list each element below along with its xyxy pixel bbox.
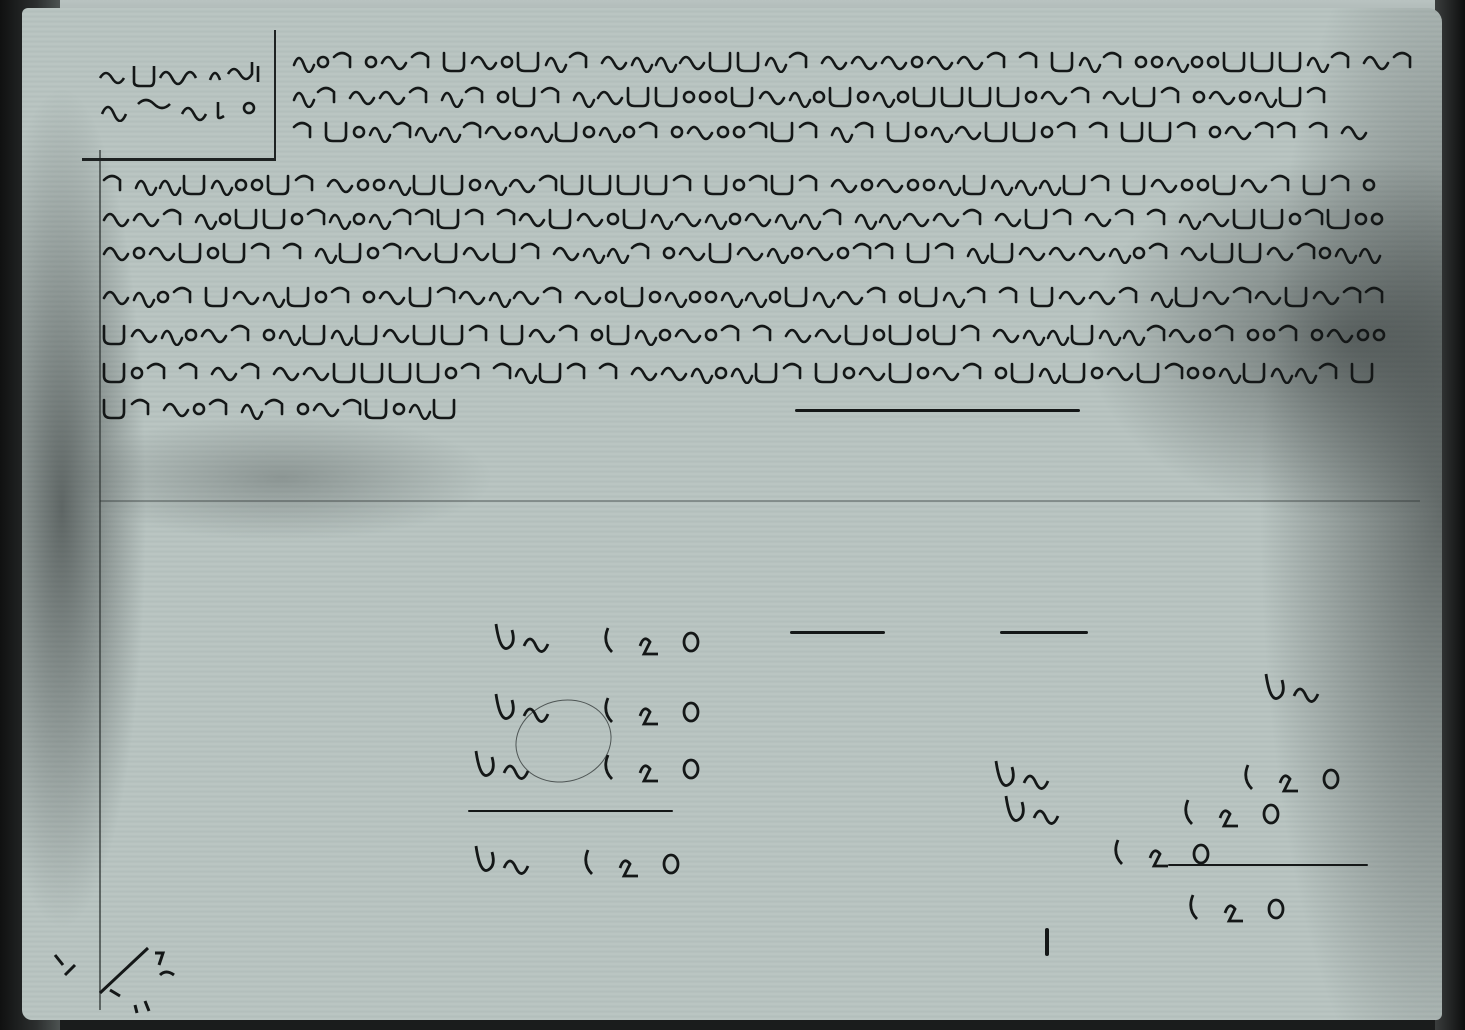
manuscript-line: လျှောက် ... လေး ... နှစ် ... ပြည့်တော် .… [100, 236, 1390, 264]
manuscript-line: ကာ ... ကျွန်တော် ... သဘော ... အပိုင် ...… [290, 80, 1330, 108]
numeral-strokes-icon [1180, 790, 1300, 830]
corner-scribble: ဘ၊ ၅ ... [45, 935, 205, 1019]
ledger-value: ၅ [1110, 830, 1238, 878]
header-line-2: ... ၂၀ [98, 94, 273, 122]
paper-fold-line [100, 500, 1420, 502]
manuscript-line: ပေါ် ... သားရင်း ... သီဇိုး ... ၂ ကား ..… [100, 168, 1390, 196]
numeral-strokes-icon [600, 688, 720, 728]
ledger-label: ၄ [490, 688, 568, 736]
header-line-1: မြို့ပြစာ ... [98, 60, 273, 88]
ledger-value: ၄ ၁ ၅ [600, 618, 753, 666]
margin-rule-line [99, 150, 101, 1010]
paragraph-end-rule [795, 409, 1080, 412]
ledger-value: ၂ ၀ [600, 745, 739, 793]
manuscript-line: သီ ... ချင် ... မောင် ... ဝယ် ... ကို ..… [100, 356, 1400, 384]
numeral-strokes-icon [490, 618, 560, 658]
numeral-strokes-icon [1260, 668, 1330, 708]
numeral-strokes-icon [580, 840, 700, 880]
ledger-value: ၄ ၀ [600, 688, 740, 736]
manuscript-line: ထည့် ... ပဋ္ဌ ... ပေါ် ... ဒါယိကာ ... တက… [290, 115, 1390, 143]
ledger-label: ၂ [490, 618, 567, 666]
manuscript-line: အ ... ပေး ... ဝယာ ... ပြည့် ... ပြည်ပါ .… [100, 318, 1410, 346]
manuscript-line: သက္ကရာဇ် ၁၂၀ ပြည့်နှစ် ... လ ... ပြည့်ကျ… [290, 45, 1440, 73]
numeral-strokes-icon [490, 688, 560, 728]
ledger-value: ၂ ၄ ၅ [1185, 885, 1337, 933]
ledger-rule-1 [790, 631, 885, 634]
ledger-label: ၁ ၄ [1000, 790, 1090, 838]
numeral-strokes-icon [600, 618, 720, 658]
ledger-sum-rule-left [468, 810, 673, 812]
manuscript-line: ဒုပ် ... ငွေ ... ကျွန်တော် ... သုံးရင့် … [100, 202, 1400, 230]
ledger-value: ၁ ၂ ၀ [580, 840, 732, 888]
numeral-strokes-icon [470, 745, 540, 785]
manuscript-line: ဖြိုး ... ရေး ... သီ ... ရေး ... ချမ်း .… [100, 392, 470, 420]
numeral-strokes-icon [1110, 830, 1230, 870]
numeral-strokes-icon [1185, 885, 1305, 925]
numeral-strokes-icon [600, 745, 720, 785]
manuscript-line: ခသီ ... ရင် ... ပြည့် ... ကျောင်း ... မယ… [100, 280, 1400, 308]
numeral-strokes-icon [1000, 790, 1070, 830]
ink-mark [1045, 928, 1049, 956]
ledger-label: ဘ [470, 840, 553, 888]
numeral-strokes-icon [470, 840, 540, 880]
ledger-label: ဘ [1260, 668, 1343, 716]
numeral-strokes-icon [1240, 755, 1360, 795]
numeral-strokes-icon [990, 755, 1060, 795]
ledger-label: ဘ [470, 745, 553, 793]
ledger-rule-2 [1000, 631, 1088, 634]
